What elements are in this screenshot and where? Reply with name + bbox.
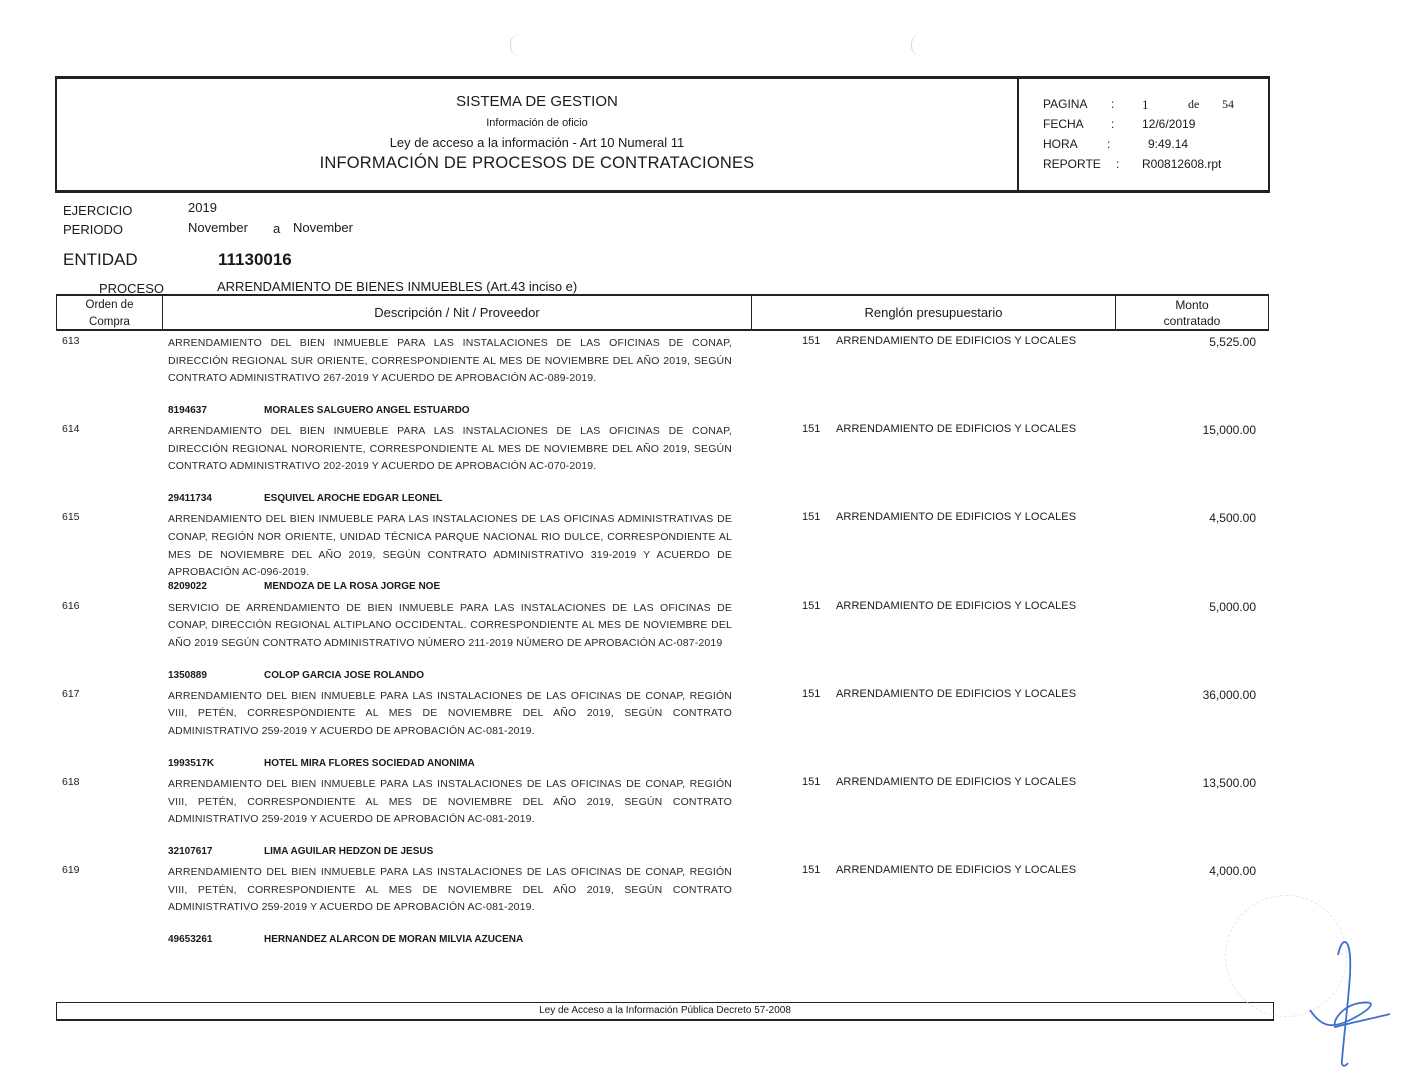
time-value: 9:49.14 [1148,137,1188,151]
footer-law-text: Ley de Acceso a la Información Pública D… [539,1005,791,1016]
contract-description: ARRENDAMIENTO DEL BIEN INMUEBLE PARA LAS… [168,423,732,476]
scan-artifact [510,34,521,56]
budget-description: ARRENDAMIENTO DE EDIFICIOS Y LOCALES [836,600,1076,612]
contract-amount: 4,000.00 [1209,864,1256,878]
page-total: 54 [1222,97,1234,112]
order-number: 614 [62,423,80,435]
signature-icon [1290,915,1408,1075]
order-number: 617 [62,688,80,700]
header-divider [1017,79,1019,190]
meta-page: PAGINA : 1 de 54 [1043,97,1273,117]
table-row: 615 ARRENDAMIENTO DEL BIEN INMUEBLE PARA… [0,511,1408,599]
contract-amount: 5,525.00 [1209,335,1256,349]
date-value: 12/6/2019 [1142,117,1195,131]
order-number: 616 [62,600,80,612]
page-of: de [1188,97,1199,112]
meta-report: REPORTE : R00812608.rpt [1043,157,1273,177]
contract-amount: 36,000.00 [1203,688,1256,702]
report-file: R00812608.rpt [1142,157,1221,171]
entidad-value: 11130016 [218,250,292,270]
column-order-line1: Orden de [57,297,162,314]
provider-nit: 49653261 [168,934,213,945]
budget-code: 151 [802,776,820,788]
report-label: REPORTE [1043,157,1101,171]
contract-amount: 5,000.00 [1209,600,1256,614]
provider-nit: 1350889 [168,670,207,681]
system-title: SISTEMA DE GESTION [57,93,1017,110]
table-header: Orden de Compra Descripción / Nit / Prov… [56,294,1269,331]
colon: : [1116,157,1119,171]
entidad-label: ENTIDAD [63,250,138,270]
time-label: HORA [1043,137,1078,151]
contract-description: SERVICIO DE ARRENDAMIENTO DE BIEN INMUEB… [168,600,732,653]
report-header: SISTEMA DE GESTION Información de oficio… [55,76,1270,193]
date-label: FECHA [1043,117,1084,131]
report-title: INFORMACIÓN DE PROCESOS DE CONTRATACIONE… [57,154,1017,173]
column-amount-line1: Monto [1116,297,1268,313]
provider-name: HOTEL MIRA FLORES SOCIEDAD ANONIMA [264,758,475,769]
budget-description: ARRENDAMIENTO DE EDIFICIOS Y LOCALES [836,864,1076,876]
contract-amount: 4,500.00 [1209,511,1256,525]
table-row: 614 ARRENDAMIENTO DEL BIEN INMUEBLE PARA… [0,423,1408,511]
provider-name: MORALES SALGUERO ANGEL ESTUARDO [264,405,470,416]
meta-date: FECHA : 12/6/2019 [1043,117,1273,137]
provider-name: HERNANDEZ ALARCON DE MORAN MILVIA AZUCEN… [264,934,523,945]
periodo-separator: a [273,221,280,236]
column-budget-line: Renglón presupuestario [752,296,1116,329]
page-current: 1 [1142,97,1149,113]
budget-description: ARRENDAMIENTO DE EDIFICIOS Y LOCALES [836,511,1076,523]
column-description: Descripción / Nit / Proveedor [163,296,752,329]
budget-code: 151 [802,335,820,347]
periodo-from: November [188,220,248,235]
budget-description: ARRENDAMIENTO DE EDIFICIOS Y LOCALES [836,423,1076,435]
column-amount: Monto contratado [1116,296,1268,329]
scan-artifact [911,34,922,56]
colon: : [1111,97,1114,111]
column-order-line2: Compra [57,314,162,331]
budget-code: 151 [802,864,820,876]
table-row: 617 ARRENDAMIENTO DEL BIEN INMUEBLE PARA… [0,688,1408,776]
table-row: 619 ARRENDAMIENTO DEL BIEN INMUEBLE PARA… [0,864,1408,952]
provider-name: COLOP GARCIA JOSE ROLANDO [264,670,424,681]
table-row: 613 ARRENDAMIENTO DEL BIEN INMUEBLE PARA… [0,335,1408,423]
periodo-label: PERIODO [63,222,123,237]
budget-description: ARRENDAMIENTO DE EDIFICIOS Y LOCALES [836,688,1076,700]
provider-nit: 8194637 [168,405,207,416]
colon: : [1111,117,1114,131]
contract-description: ARRENDAMIENTO DEL BIEN INMUEBLE PARA LAS… [168,511,732,581]
contract-amount: 15,000.00 [1203,423,1256,437]
provider-nit: 29411734 [168,493,212,504]
table-row: 616 SERVICIO DE ARRENDAMIENTO DE BIEN IN… [0,600,1408,688]
provider-nit: 8209022 [168,581,207,592]
header-titles: SISTEMA DE GESTION Información de oficio… [57,79,1017,190]
budget-code: 151 [802,600,820,612]
budget-code: 151 [802,423,820,435]
page-label: PAGINA [1043,97,1087,111]
column-amount-line2: contratado [1116,313,1268,329]
provider-name: ESQUIVEL AROCHE EDGAR LEONEL [264,493,442,504]
contract-description: ARRENDAMIENTO DEL BIEN INMUEBLE PARA LAS… [168,776,732,829]
order-number: 615 [62,511,80,523]
contract-description: ARRENDAMIENTO DEL BIEN INMUEBLE PARA LAS… [168,688,732,741]
table-row: 618 ARRENDAMIENTO DEL BIEN INMUEBLE PARA… [0,776,1408,864]
contract-description: ARRENDAMIENTO DEL BIEN INMUEBLE PARA LAS… [168,335,732,388]
meta-time: HORA : 9:49.14 [1043,137,1273,157]
header-subtitle: Información de oficio [57,117,1017,129]
contract-description: ARRENDAMIENTO DEL BIEN INMUEBLE PARA LAS… [168,864,732,917]
provider-nit: 1993517K [168,758,214,769]
budget-description: ARRENDAMIENTO DE EDIFICIOS Y LOCALES [836,335,1076,347]
footer-bar: Ley de Acceso a la Información Pública D… [56,1002,1274,1021]
column-order: Orden de Compra [57,296,163,329]
law-reference: Ley de acceso a la información - Art 10 … [57,135,1017,150]
order-number: 613 [62,335,80,347]
budget-description: ARRENDAMIENTO DE EDIFICIOS Y LOCALES [836,776,1076,788]
ejercicio-label: EJERCICIO [63,203,132,218]
ejercicio-value: 2019 [188,200,217,215]
provider-name: LIMA AGUILAR HEDZON DE JESUS [264,846,433,857]
order-number: 619 [62,864,80,876]
colon: : [1107,137,1110,151]
contract-amount: 13,500.00 [1203,776,1256,790]
proceso-value: ARRENDAMIENTO DE BIENES INMUEBLES (Art.4… [217,279,577,294]
budget-code: 151 [802,688,820,700]
periodo-to: November [293,220,353,235]
order-number: 618 [62,776,80,788]
budget-code: 151 [802,511,820,523]
provider-nit: 32107617 [168,846,213,857]
provider-name: MENDOZA DE LA ROSA JORGE NOE [264,581,440,592]
